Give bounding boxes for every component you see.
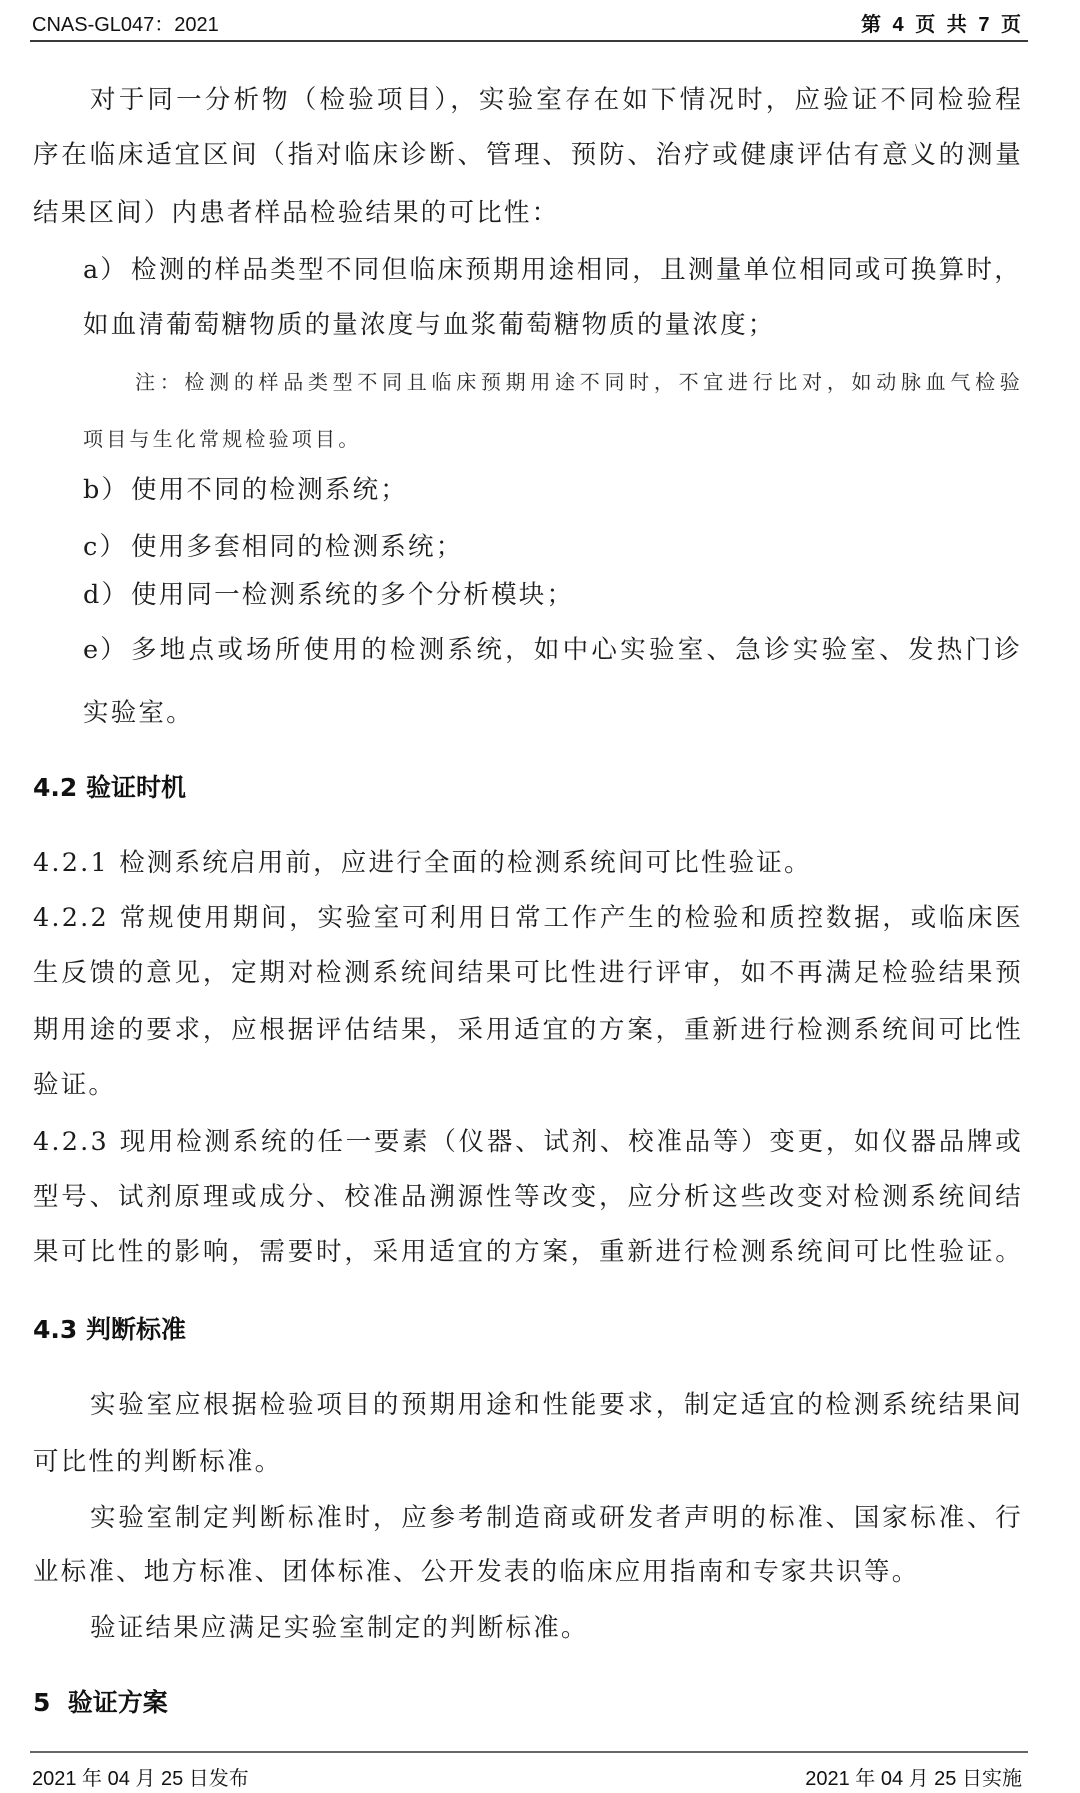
list-item-d: d）使用同一检测系统的多个分析模块； <box>83 578 574 612</box>
note-line: 注：检测的样品类型不同且临床预期用途不同时，不宜进行比对，如动脉血气检验 <box>135 365 1023 399</box>
page-number: 第 4 页 共 7 页 <box>861 8 1024 37</box>
paragraph-line: 实验室制定判断标准时，应参考制造商或研发者声明的标准、国家标准、行 <box>33 1501 1023 1535</box>
paragraph-line: 实验室应根据检验项目的预期用途和性能要求，制定适宜的检测系统结果间 <box>33 1388 1023 1422</box>
footer-rule <box>30 1751 1028 1753</box>
paragraph-line: 对于同一分析物（检验项目），实验室存在如下情况时，应验证不同检验程 <box>33 83 1023 117</box>
section-heading-4-2: 4.2 验证时机 <box>33 771 186 805</box>
section-heading-5: 5 验证方案 <box>33 1686 168 1720</box>
clause-4-2-2: 4.2.2 常规使用期间，实验室可利用日常工作产生的检验和质控数据，或临床医 <box>33 901 1023 935</box>
note-line: 项目与生化常规检验项目。 <box>83 422 361 456</box>
clause-4-2-1: 4.2.1 检测系统启用前，应进行全面的检测系统间可比性验证。 <box>33 846 812 880</box>
list-item-e-cont: 实验室。 <box>83 696 194 730</box>
list-label: b） <box>83 473 131 507</box>
paragraph-line: 验证。 <box>33 1068 116 1102</box>
paragraph-line: 结果区间）内患者样品检验结果的可比性： <box>33 196 559 230</box>
list-item-c: c）使用多套相同的检测系统； <box>83 530 463 564</box>
list-item-a: a）检测的样品类型不同但临床预期用途相同，且测量单位相同或可换算时， <box>83 253 1022 287</box>
list-item-e: e）多地点或场所使用的检测系统，如中心实验室、急诊实验室、发热门诊 <box>83 633 1022 667</box>
list-label: a） <box>83 253 131 287</box>
clause-4-2-3: 4.2.3 现用检测系统的任一要素（仪器、试剂、校准品等）变更，如仪器品牌或 <box>33 1125 1023 1159</box>
section-heading-4-3: 4.3 判断标准 <box>33 1313 186 1347</box>
list-item-a-cont: 如血清葡萄糖物质的量浓度与血浆葡萄糖物质的量浓度； <box>83 308 776 342</box>
paragraph-line: 验证结果应满足实验室制定的判断标准。 <box>90 1611 589 1645</box>
list-item-b: b）使用不同的检测系统； <box>83 473 408 507</box>
paragraph-line: 可比性的判断标准。 <box>33 1445 282 1479</box>
paragraph-line: 型号、试剂原理或成分、校准品溯源性等改变，应分析这些改变对检测系统间结 <box>33 1180 1023 1214</box>
issue-date: 2021 年 04 月 25 日发布 <box>32 1762 249 1791</box>
document-id: CNAS-GL047：2021 <box>32 8 219 37</box>
header-rule <box>30 40 1028 42</box>
paragraph-line: 期用途的要求，应根据评估结果，采用适宜的方案，重新进行检测系统间可比性 <box>33 1013 1023 1047</box>
effective-date: 2021 年 04 月 25 日实施 <box>805 1762 1022 1791</box>
paragraph-line: 果可比性的影响，需要时，采用适宜的方案，重新进行检测系统间可比性验证。 <box>33 1235 1023 1269</box>
paragraph-line: 序在临床适宜区间（指对临床诊断、管理、预防、治疗或健康评估有意义的测量 <box>33 138 1023 172</box>
paragraph-line: 生反馈的意见，定期对检测系统间结果可比性进行评审，如不再满足检验结果预 <box>33 956 1023 990</box>
list-label: d） <box>83 578 131 612</box>
list-label: e） <box>83 633 131 667</box>
paragraph-line: 业标准、地方标准、团体标准、公开发表的临床应用指南和专家共识等。 <box>33 1555 919 1589</box>
list-label: c） <box>83 530 131 564</box>
